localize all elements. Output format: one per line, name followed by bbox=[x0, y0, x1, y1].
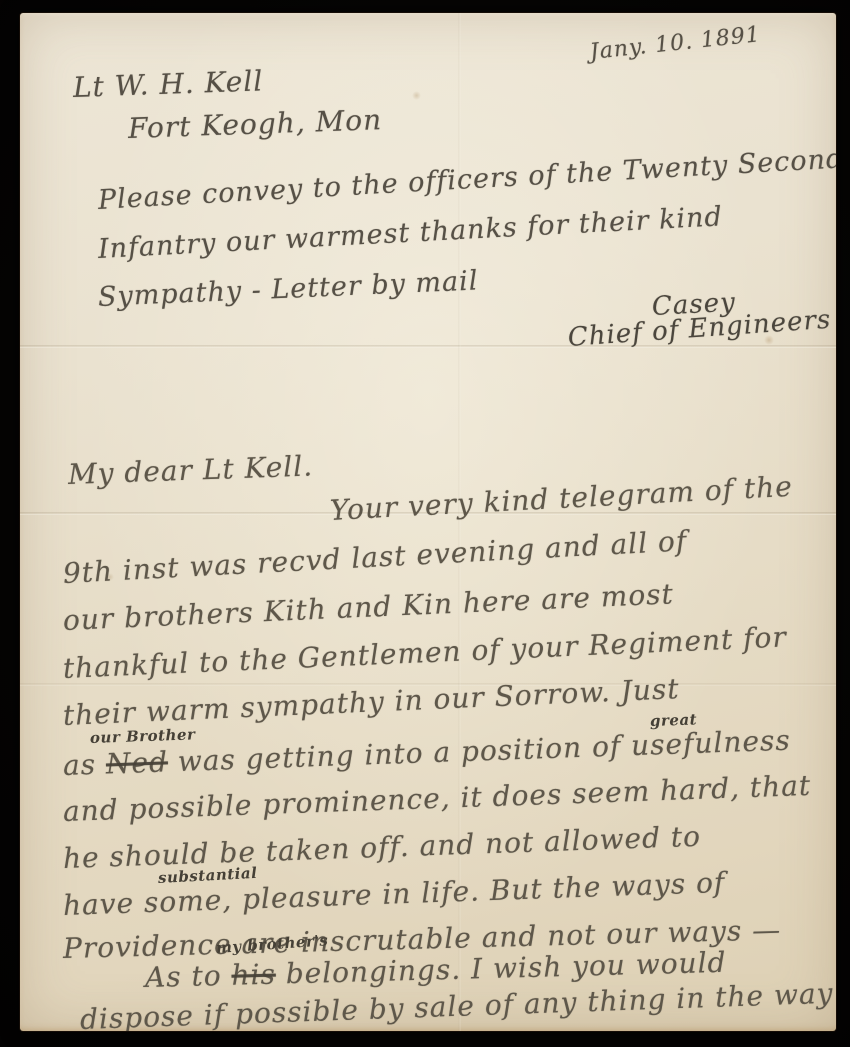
insertion-our-brother: our Brother bbox=[90, 725, 196, 747]
note-recipient-name: Lt W. H. Kell bbox=[72, 64, 263, 104]
line9-pre: have some, bbox=[62, 883, 242, 922]
letter-body-line: their warm sympathy in our Sorrow. Just bbox=[62, 672, 680, 732]
line9-post: pleasure in life. But the ways of bbox=[241, 866, 725, 916]
stain-spot bbox=[412, 91, 421, 100]
fold-crease-horizontal-1 bbox=[20, 345, 836, 348]
letter-body-line: he should be taken off. and not allowed … bbox=[62, 820, 701, 875]
note-body-line: Infantry our warmest thanks for their ki… bbox=[97, 201, 723, 265]
line6-mid: was getting into a position of bbox=[167, 729, 631, 778]
note-body-line: Please convey to the officers of the Twe… bbox=[97, 143, 836, 216]
line11-struck-word: his bbox=[231, 958, 276, 992]
letter-page: Jany. 10. 1891 Lt W. H. Kell Fort Keogh,… bbox=[20, 13, 836, 1031]
line6-end: usefulness bbox=[631, 724, 792, 763]
line6-pre: as bbox=[62, 748, 106, 782]
letter-body-line: our brothers Kith and Kin here are most bbox=[62, 577, 674, 637]
photograph-background: Jany. 10. 1891 Lt W. H. Kell Fort Keogh,… bbox=[0, 0, 850, 1047]
note-recipient-post: Fort Keogh, Mon bbox=[127, 103, 382, 145]
note-body-line: Sympathy - Letter by mail bbox=[97, 265, 479, 313]
line6-struck-word: Ned bbox=[105, 745, 168, 780]
letter-opening-line: Your very kind telegram of the bbox=[329, 470, 793, 527]
note-date: Jany. 10. 1891 bbox=[589, 22, 762, 65]
letter-salutation: My dear Lt Kell. bbox=[67, 449, 313, 491]
line11-pre: As to bbox=[145, 959, 232, 994]
